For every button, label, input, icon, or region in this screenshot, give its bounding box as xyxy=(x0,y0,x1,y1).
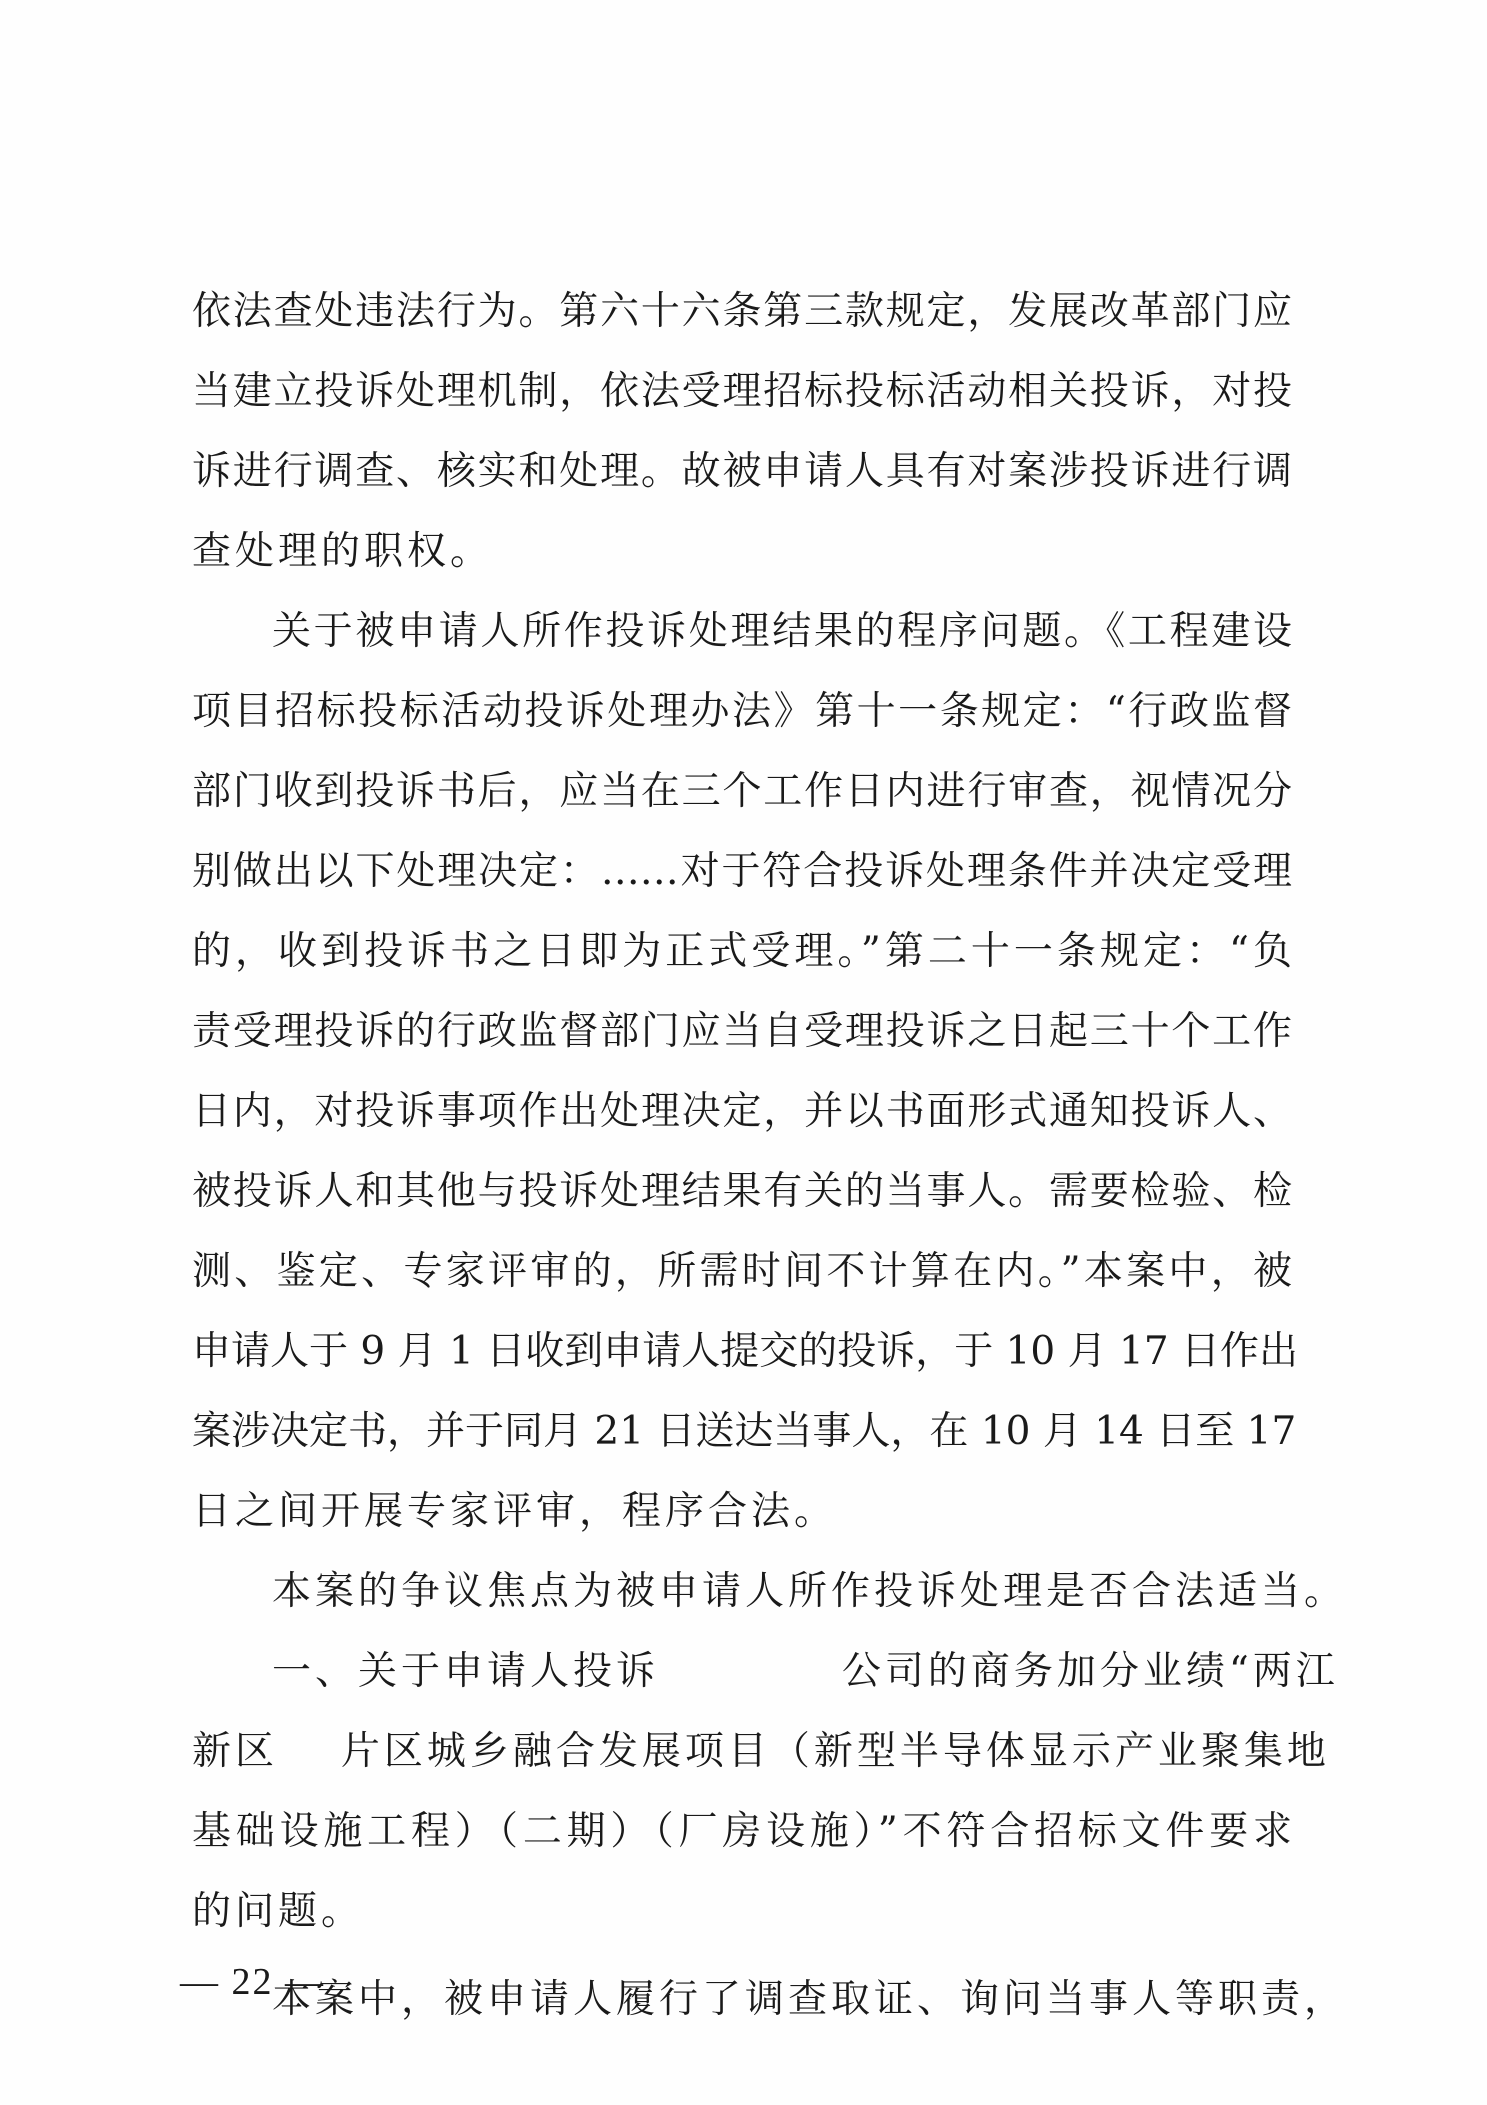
text-line: 申请人于 9 月 1 日收到申请人提交的投诉，于 10 月 17 日作出 xyxy=(192,1312,1292,1392)
text-segment: 新区 xyxy=(192,1729,278,1774)
text-line: 的问题。 xyxy=(192,1872,1292,1952)
document-page: 依法查处违法行为。第六十六条第三款规定，发展改革部门应 当建立投诉处理机制，依法… xyxy=(0,0,1487,2105)
text-line: 别做出以下处理决定：……对于符合投诉处理条件并决定受理 xyxy=(192,832,1292,912)
text-line: 日内，对投诉事项作出处理决定，并以书面形式通知投诉人、 xyxy=(192,1072,1292,1152)
page-number: — 22 — xyxy=(180,1960,325,2004)
text-line: 当建立投诉处理机制，依法受理招标投标活动相关投诉，对投 xyxy=(192,352,1292,432)
text-line: 本案的争议焦点为被申请人所作投诉处理是否合法适当。 xyxy=(192,1552,1292,1632)
text-line: 项目招标投标活动投诉处理办法》第十一条规定：“行政监督 xyxy=(192,672,1292,752)
text-line: 本案中，被申请人履行了调查取证、询问当事人等职责， xyxy=(192,1960,1292,2040)
text-line: 关于被申请人所作投诉处理结果的程序问题。《工程建设 xyxy=(192,592,1292,672)
text-segment: 公司的商务加分业绩“两江 xyxy=(842,1649,1339,1694)
text-line: 的，收到投诉书之日即为正式受理。”第二十一条规定：“负 xyxy=(192,912,1292,992)
text-line: 被投诉人和其他与投诉处理结果有关的当事人。需要检验、检 xyxy=(192,1152,1292,1232)
text-line: 测、鉴定、专家评审的，所需时间不计算在内。”本案中，被 xyxy=(192,1232,1292,1312)
text-line: 部门收到投诉书后，应当在三个工作日内进行审查，视情况分 xyxy=(192,752,1292,832)
text-line: 依法查处违法行为。第六十六条第三款规定，发展改革部门应 xyxy=(192,272,1292,352)
text-line: 基础设施工程）（二期）（厂房设施）”不符合招标文件要求 xyxy=(192,1792,1292,1872)
text-line: 查处理的职权。 xyxy=(192,512,1292,592)
text-line: 责受理投诉的行政监督部门应当自受理投诉之日起三十个工作 xyxy=(192,992,1292,1072)
document-body: 依法查处违法行为。第六十六条第三款规定，发展改革部门应 当建立投诉处理机制，依法… xyxy=(192,272,1292,2040)
text-segment: 一、关于申请人投诉 xyxy=(272,1649,659,1694)
text-line: 一、关于申请人投诉 公司的商务加分业绩“两江 xyxy=(192,1632,1292,1712)
text-line: 日之间开展专家评审，程序合法。 xyxy=(192,1472,1292,1552)
text-segment: 片区城乡融合发展项目（新型半导体显示产业聚集地 xyxy=(341,1729,1330,1774)
text-line: 诉进行调查、核实和处理。故被申请人具有对案涉投诉进行调 xyxy=(192,432,1292,512)
text-line: 案涉决定书，并于同月 21 日送达当事人，在 10 月 14 日至 17 xyxy=(192,1392,1292,1472)
text-line: 新区 片区城乡融合发展项目（新型半导体显示产业聚集地 xyxy=(192,1712,1292,1792)
